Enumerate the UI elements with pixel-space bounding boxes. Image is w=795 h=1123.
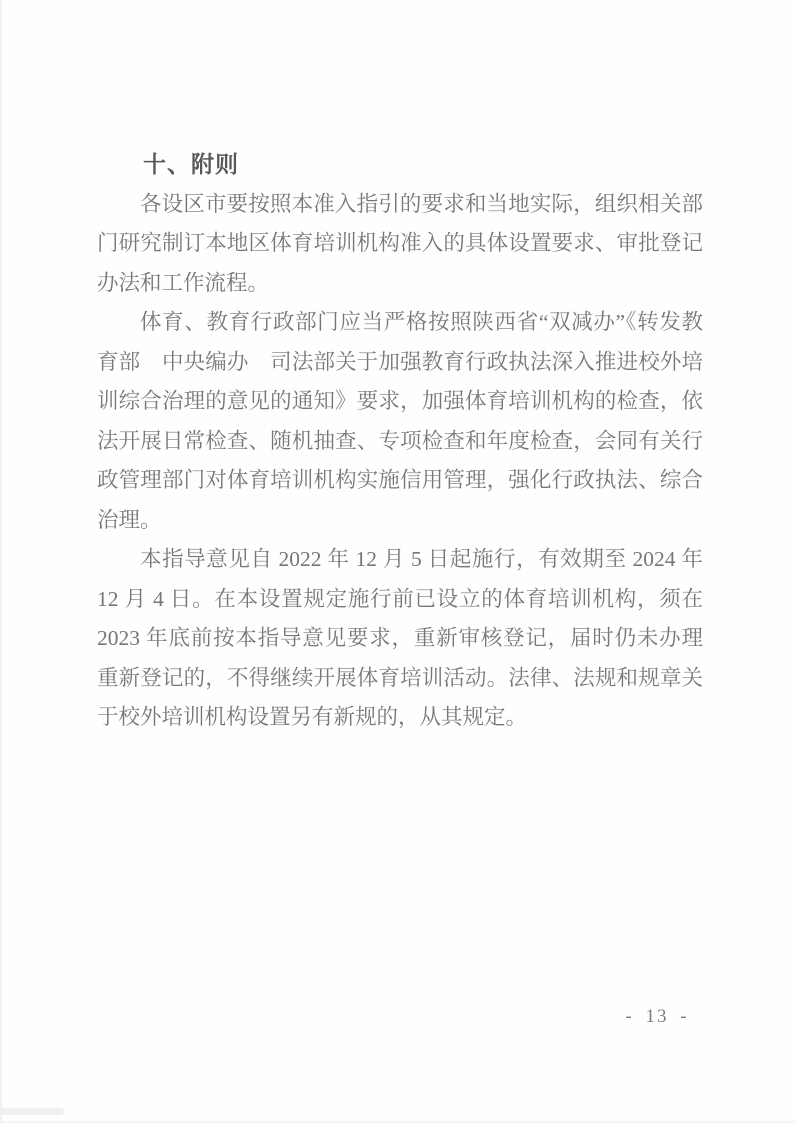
page-number: - 13 - bbox=[622, 1005, 692, 1029]
scanned-document-page: 十、附则 各设区市要按照本准入指引的要求和当地实际，组织相关部门研究制订本地区体… bbox=[0, 0, 795, 1123]
document-body: 十、附则 各设区市要按照本准入指引的要求和当地实际，组织相关部门研究制订本地区体… bbox=[97, 145, 703, 738]
paragraph-effective-dates: 本指导意见自 2022 年 12 月 5 日起施行，有效期至 2024 年 12… bbox=[97, 540, 703, 738]
scan-smudge-artifact bbox=[0, 1108, 64, 1115]
scan-edge-left-artifact bbox=[0, 0, 2, 1123]
paragraph-local-rules: 各设区市要按照本准入指引的要求和当地实际，组织相关部门研究制订本地区体育培训机构… bbox=[97, 185, 703, 304]
paragraph-supervision: 体育、教育行政部门应当严格按照陕西省“双减办”《转发教育部 中央编办 司法部关于… bbox=[97, 303, 703, 540]
section-heading: 十、附则 bbox=[97, 145, 703, 185]
